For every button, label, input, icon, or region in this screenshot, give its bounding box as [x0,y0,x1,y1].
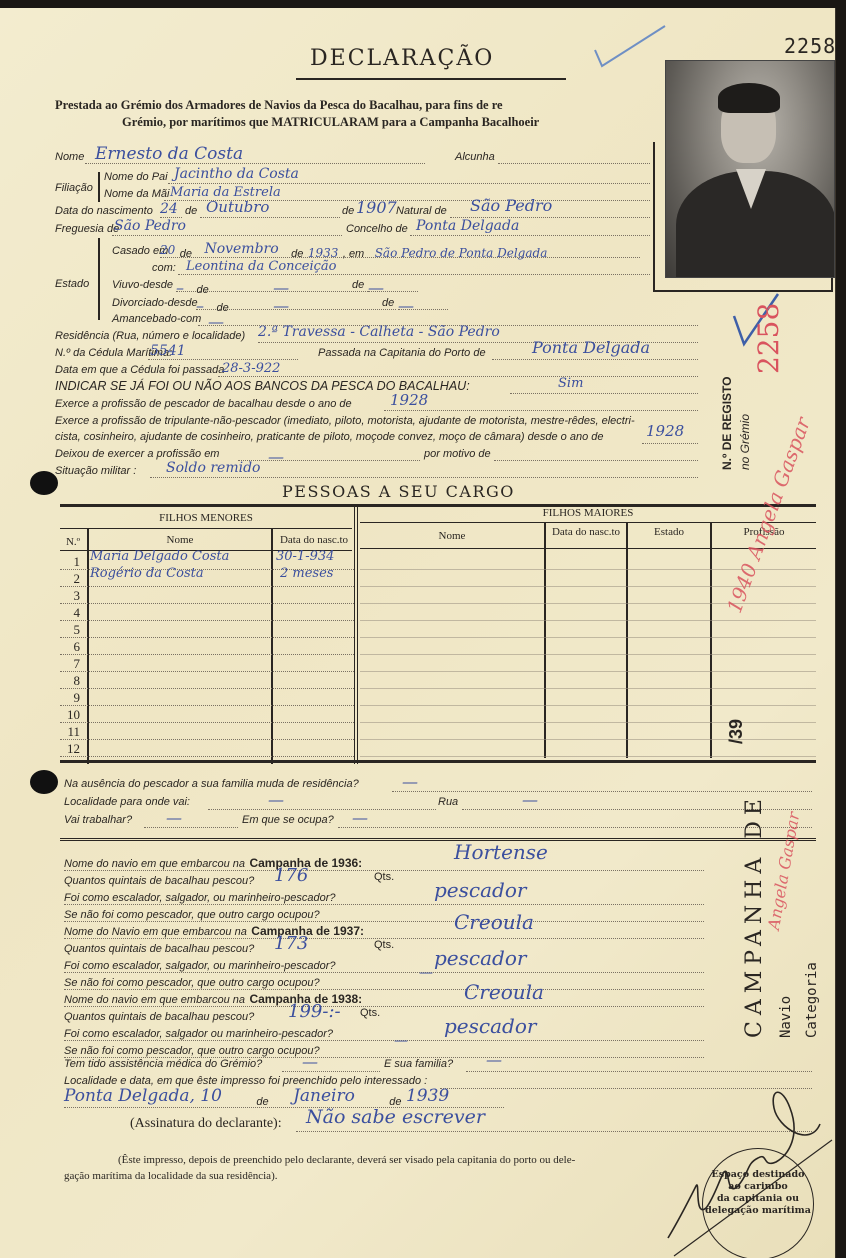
funcao-label: Foi como escalador, salgador, ou marinhe… [64,960,335,972]
estado-label: Estado [55,278,89,290]
funcao-value: pescador [434,878,526,902]
outro-cargo-row[interactable]: Se não foi como pescador, que outro carg… [64,973,704,990]
pescador-desde-label: Exerce a profissão de pescador de bacalh… [55,398,352,410]
maiores-title: FILHOS MAIORES [360,507,816,519]
natural-label: Natural de [396,205,447,217]
outro-cargo-label: Se não foi como pescador, que outro carg… [64,909,320,921]
footer-note-2: gação marítima da localidade da sua resi… [64,1170,277,1182]
natural-value: São Pedro [470,196,552,215]
row-number: 7 [60,656,80,672]
assistencia-label: Tem tido assistência médica do Grémio? [64,1058,262,1070]
row-number: 2 [60,571,80,587]
capitania-label: Passada na Capitania do Porto de [318,347,486,359]
filiacao-brace [98,172,100,202]
side-categoria-label: Categoria [804,962,820,1038]
de-label: de [196,284,208,296]
child-name: Maria Delgado Costa [90,549,229,564]
navio-label: Nome do Navio em que embarcou na [64,926,247,938]
table-row[interactable]: 7 [60,655,354,672]
viuvo-value: – [176,278,184,297]
child-birthdate: 2 meses [280,566,333,581]
portrait-photo [665,60,835,278]
divider [60,528,352,529]
document-title: DECLARAÇÃO [310,46,494,71]
campanha-1938: Nome do navio em que embarcou na Campanh… [64,990,704,1058]
cedula-data-field[interactable]: 28-3-922 [218,363,698,377]
funcao-value: pescador [434,946,526,970]
deixou-field[interactable]: — [238,447,420,461]
footer-note-1: (Êste impresso, depois de preenchido pel… [118,1154,575,1166]
nascimento-ano-value[interactable]: 1907 [356,198,397,217]
side-campanha-title: CAMPANHA DE [742,793,767,1038]
ocupa-label: Em que se ocupa? [242,814,334,826]
assistencia-field[interactable]: — [282,1058,380,1072]
pai-field[interactable]: Jacintho da Costa [168,170,650,184]
declaration-form-page: 2258 DECLARAÇÃO Prestada ao Grémio dos A… [0,8,836,1258]
menores-rows: 1 Maria Delgado Costa 30-1-934 2 Rogério… [60,553,354,757]
outro-cargo-label: Se não foi como pescador, que outro carg… [64,1045,320,1057]
registo-number: 2258 [752,303,785,374]
row-number: 6 [60,639,80,655]
divider [360,522,816,523]
outro-cargo-row[interactable]: Se não foi como pescador, que outro carg… [64,1041,704,1058]
quintais-value: 176 [274,865,308,886]
mae-label: Nome da Mãi [104,188,169,200]
registo-label: N.º DE REGISTO [720,376,734,470]
mes-value: Janeiro [293,1086,355,1106]
cedula-value: 5541 [150,343,186,359]
com-label: com: [152,262,176,274]
divorciado-field[interactable]: – de — [196,296,396,310]
casado-field[interactable]: 20 de Novembro de 1933 , em São Pedro de… [160,244,640,258]
navio-row[interactable]: Nome do Navio em que embarcou na Campanh… [64,922,704,939]
quintais-value: 173 [274,933,308,954]
ocupa-field[interactable]: — [338,814,812,828]
ano-value: 1939 [406,1086,449,1106]
table-row[interactable]: 8 [60,672,354,689]
outro-cargo-row[interactable]: Se não foi como pescador, que outro carg… [64,905,704,922]
table-row[interactable]: 11 [60,723,354,740]
concelho-value: Ponta Delgada [416,218,519,234]
localidade-vai-label: Localidade para onde vai: [64,796,190,808]
residencia-value: 2.ª Travessa - Calheta - São Pedro [258,324,500,340]
table-row[interactable]: 3 [60,587,354,604]
ausencia-label: Na ausência do pescador a sua familia mu… [64,778,359,790]
table-bottom-rule [60,760,816,763]
concelho-label: Concelho de [346,223,408,235]
table-row[interactable]: 12 [60,740,354,757]
table-row[interactable]: 4 [60,604,354,621]
assinatura-value: Não sabe escrever [306,1106,485,1128]
trabalhar-label: Vai trabalhar? [64,814,132,826]
nascimento-dia-field[interactable]: 24 [160,204,182,218]
qts-label: Qts. [374,939,394,951]
tripulante-label-1: Exerce a profissão de tripulante-não-pes… [55,415,635,427]
nascimento-dia-value: 24 [160,201,178,217]
table-row[interactable]: 2 Rogério da Costa 2 meses [60,570,354,587]
row-number: 10 [60,707,80,723]
assistencia-value: — [302,1052,318,1071]
viuvo-label: Viuvo-desde [112,279,173,291]
motivo-field[interactable] [494,447,698,461]
bancos-value: Sim [558,376,583,391]
column-header: Data do nasc.to [546,526,626,538]
child-birthdate: 30-1-934 [276,549,334,564]
column-divider [354,506,355,764]
quintais-row[interactable]: Quantos quintais de bacalhau pescou? 173… [64,939,704,956]
casado-mes-value: Novembro [204,241,278,257]
de-label: de [256,1096,268,1108]
viuvo-mes-value: — [273,278,289,297]
quintais-row[interactable]: Quantos quintais de bacalhau pescou? 199… [64,1007,704,1024]
outro-cargo-value: — [419,965,433,981]
estado-brace [98,238,100,320]
tripulante-label-2: cista, cosinheiro, ajudante de cosinheir… [55,431,604,443]
row-number: 5 [60,622,80,638]
de-label: de [382,297,394,309]
row-number: 3 [60,588,80,604]
punch-hole [30,471,58,495]
cedula-data-label: Data em que a Cédula foi passada [55,364,224,376]
nome-label: Nome [55,151,84,163]
localidade-data-value: Ponta Delgada, 10 [64,1086,222,1106]
stamp-39: /39 [726,719,747,744]
viuvo-ano-field[interactable]: — [368,278,418,292]
qts-label: Qts. [360,1007,380,1019]
navio-value: Creoula [464,980,544,1004]
quintais-row[interactable]: Quantos quintais de bacalhau pescou? 176… [64,871,704,888]
funcao-row[interactable]: Foi como escalador, salgador ou marinhei… [64,1024,704,1041]
divider-double [60,838,816,841]
ausencia-value: — [402,772,418,791]
side-navio-label: Navio [778,996,794,1038]
pescador-desde-value: 1928 [390,391,428,409]
cedula-field[interactable]: 5541 [148,346,298,360]
funcao-row[interactable]: Foi como escalador, salgador, ou marinhe… [64,888,704,905]
amancebado-label: Amancebado-com [112,313,201,325]
familia-assist-value: — [486,1050,502,1069]
militar-field[interactable]: Soldo remido [150,464,698,478]
casado-local-value: São Pedro de Ponta Delgada [375,246,548,260]
funcao-label: Foi como escalador, salgador, ou marinhe… [64,892,335,904]
deixou-label: Deixou de exercer a profissão em [55,448,219,460]
row-number: 1 [60,554,80,570]
alcunha-field[interactable] [498,150,650,164]
funcao-row[interactable]: Foi como escalador, salgador, ou marinhe… [64,956,704,973]
alcunha-label: Alcunha [455,151,495,163]
viuvo-ano-value: — [368,278,384,297]
casado-ano-value: 1933 [308,246,339,260]
quintais-value: 199-:- [288,1001,341,1022]
column-header: Nome [360,530,544,542]
quintais-label: Quantos quintais de bacalhau pescou? [64,875,254,887]
navio-label: Nome do navio em que embarcou na [64,994,245,1006]
rua-value: — [522,790,538,809]
tripulante-field[interactable]: 1928 [642,430,698,444]
com-value: Leontina da Conceição [186,259,337,274]
familia-assist-label: E sua familia? [384,1058,453,1070]
divorciado-ano-field[interactable]: — [398,296,448,310]
concelho-field[interactable]: Ponta Delgada [410,222,650,236]
localidade-vai-field[interactable]: — [208,796,436,810]
title-underline [296,78,566,80]
militar-value: Soldo remido [166,460,260,476]
outro-cargo-value: — [394,1033,408,1049]
row-number: 11 [60,724,80,740]
section-title: PESSOAS A SEU CARGO [282,482,515,501]
tripulante-value: 1928 [646,422,684,440]
pai-value: Jacintho da Costa [174,166,299,182]
ocupa-value: — [352,808,368,827]
campanha-1937: Nome do Navio em que embarcou na Campanh… [64,922,704,990]
localidade-vai-value: — [268,790,284,809]
filiacao-label: Filiação [55,182,93,194]
trabalhar-value: — [166,808,182,827]
table-row[interactable]: 6 [60,638,354,655]
campanha-1936: Nome do navio em que embarcou na Campanh… [64,854,704,922]
table-row[interactable]: 5 [60,621,354,638]
column-header: Estado [628,526,710,538]
nascimento-label: Data do nascimento [55,205,153,217]
nascimento-mes-value: Outubro [206,198,269,216]
rua-label: Rua [438,796,458,808]
table-row[interactable]: 10 [60,706,354,723]
document-number: 2258 [784,34,836,58]
quintais-label: Quantos quintais de bacalhau pescou? [64,1011,254,1023]
divorciado-label: Divorciado-desde [112,297,198,309]
funcao-label: Foi como escalador, salgador ou marinhei… [64,1028,333,1040]
intro-line-2: Grémio, por marítimos que MATRICULARAM p… [122,115,539,130]
navio-value: Hortense [454,840,548,864]
freguesia-value: São Pedro [114,218,186,234]
natural-field[interactable]: São Pedro [450,204,650,218]
de-label: de [342,205,354,217]
ausencia-field[interactable]: — [392,778,812,792]
de-label: de [352,279,364,291]
row-number: 12 [60,741,80,757]
residencia-label: Residência (Rua, número e localidade) [55,330,245,342]
punch-hole [30,770,58,794]
freguesia-label: Freguesia de [55,223,119,235]
column-divider [357,506,358,764]
qts-label: Qts. [374,871,394,883]
quintais-label: Quantos quintais de bacalhau pescou? [64,943,254,955]
row-number: 8 [60,673,80,689]
trabalhar-field[interactable]: — [144,814,238,828]
side-red-annotation: Angela Gaspar [764,811,803,932]
navio-label: Nome do navio em que embarcou na [64,858,245,870]
cedula-data-value: 28-3-922 [222,361,280,376]
nome-value: Ernesto da Costa [95,144,243,164]
row-number: 9 [60,690,80,706]
navio-row[interactable]: Nome do navio em que embarcou na Campanh… [64,990,704,1007]
freguesia-field[interactable]: São Pedro [112,222,342,236]
column-header: N.º [62,536,84,548]
casado-dia-value: 20 [160,243,175,257]
amancebado-value: — [208,312,224,331]
funcao-value: pescador [444,1014,536,1038]
child-name: Rogério da Costa [90,566,204,581]
navio-value: Creoula [454,910,534,934]
com-field[interactable]: Leontina da Conceição [178,261,650,275]
capitania-field[interactable]: Ponta Delgada [492,346,698,360]
registo-sub-label: no Grémio [738,414,752,470]
row-number: 4 [60,605,80,621]
capitania-value: Ponta Delgada [532,338,650,357]
assinatura-label: (Assinatura do declarante): [130,1116,282,1132]
militar-label: Situação militar : [55,465,136,477]
pescador-desde-field[interactable]: 1928 [384,397,698,411]
de-label: de [185,205,197,217]
navio-row[interactable]: Nome do navio em que embarcou na Campanh… [64,854,704,871]
bancos-field[interactable]: Sim [510,380,698,394]
column-header: Nome [90,534,270,546]
outro-cargo-label: Se não foi como pescador, que outro carg… [64,977,320,989]
official-signature-icon [650,1068,840,1258]
em-label: , em [343,248,364,260]
column-header: Data do nasc.to [274,534,354,546]
menores-title: FILHOS MENORES [60,512,352,524]
intro-line-1: Prestada ao Grémio dos Armadores de Navi… [55,98,503,113]
nome-field[interactable]: Ernesto da Costa [85,150,425,164]
pai-label: Nome do Pai [104,171,168,183]
table-row[interactable]: 9 [60,689,354,706]
nascimento-mes-field[interactable]: Outubro [200,204,340,218]
checkmark-icon [590,22,670,72]
motivo-label: por motivo de [424,448,491,460]
